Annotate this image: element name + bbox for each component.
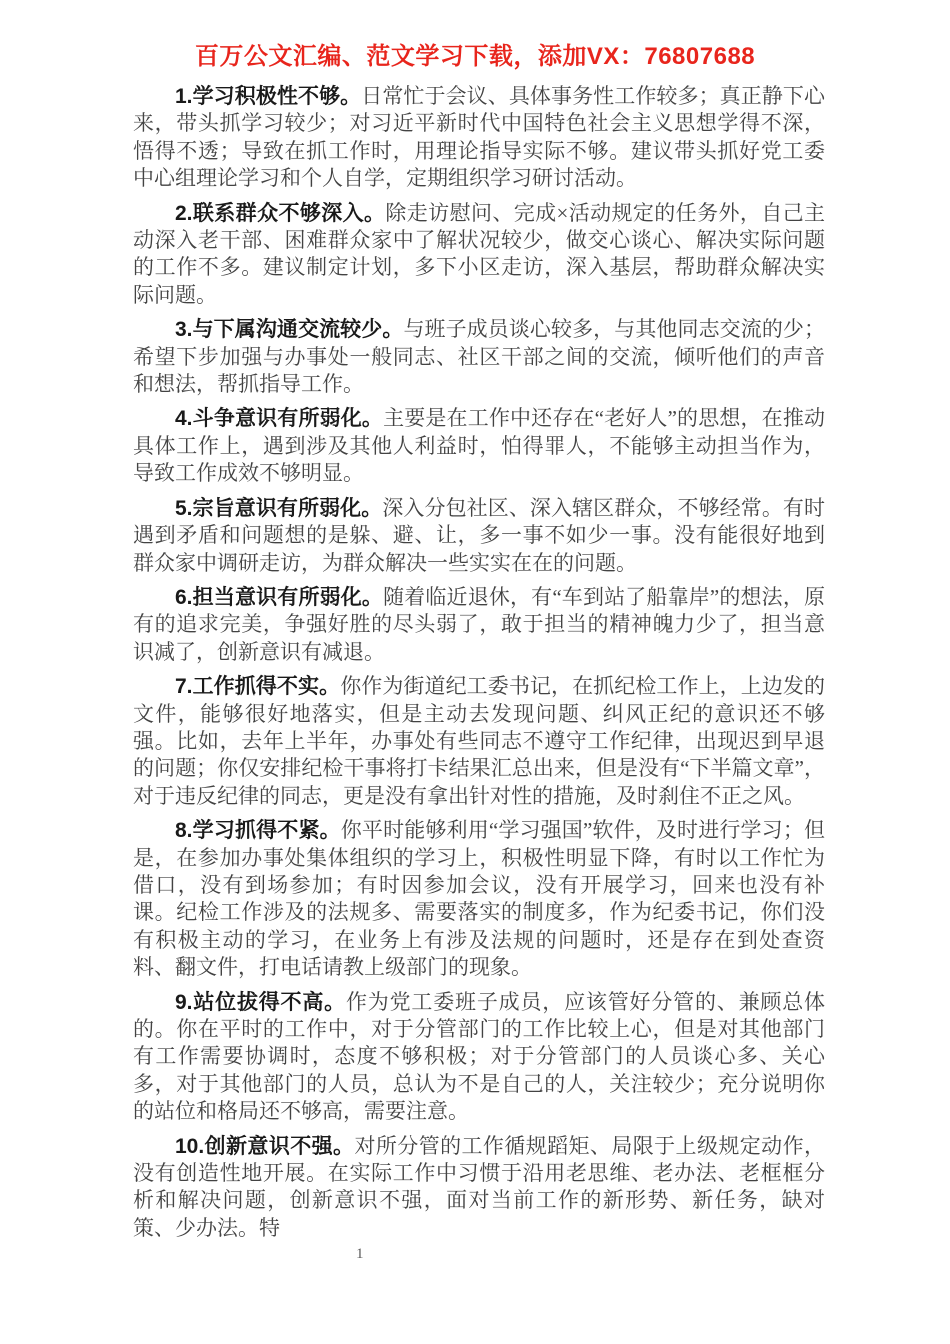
document-page: 百万公文汇编、范文学习下载，添加VX：76807688 1.学习积极性不够。日常… <box>0 0 950 1344</box>
paragraph-lead: 2.联系群众不够深入。 <box>175 202 385 225</box>
paragraph: 6.担当意识有所弱化。随着临近退休，有“车到站了船靠岸”的想法，原有的追求完美，… <box>133 584 825 666</box>
paragraph: 1.学习积极性不够。日常忙于会议、具体事务性工作较多；真正静下心来，带头抓学习较… <box>133 83 825 193</box>
paragraph-lead: 4.斗争意识有所弱化。 <box>175 407 383 430</box>
paragraph-body: 你平时能够利用“学习强国”软件，及时进行学习；但是，在参加办事处集体组织的学习上… <box>133 818 825 979</box>
paragraph-lead: 5.宗旨意识有所弱化。 <box>175 497 382 520</box>
paragraph-lead: 1.学习积极性不够。 <box>175 85 361 108</box>
paragraph-lead: 6.担当意识有所弱化。 <box>175 586 383 609</box>
download-banner: 百万公文汇编、范文学习下载，添加VX：76807688 <box>0 44 950 70</box>
paragraph-lead: 9.站位拔得不高。 <box>175 991 346 1014</box>
paragraph: 7.工作抓得不实。你作为街道纪工委书记，在抓纪检工作上，上边发的文件，能够很好地… <box>133 673 825 810</box>
paragraph-lead: 3.与下属沟通交流较少。 <box>175 318 403 341</box>
paragraph: 4.斗争意识有所弱化。主要是在工作中还存在“老好人”的思想，在推动具体工作上，遇… <box>133 405 825 487</box>
document-body: 1.学习积极性不够。日常忙于会议、具体事务性工作较多；真正静下心来，带头抓学习较… <box>133 83 825 1249</box>
paragraph: 2.联系群众不够深入。除走访慰问、完成×活动规定的任务外，自己主动深入老干部、困… <box>133 200 825 310</box>
paragraph-lead: 8.学习抓得不紧。 <box>175 819 341 842</box>
page-number: 1 <box>356 1245 364 1263</box>
paragraph: 8.学习抓得不紧。你平时能够利用“学习强国”软件，及时进行学习；但是，在参加办事… <box>133 817 825 981</box>
paragraph: 3.与下属沟通交流较少。与班子成员谈心较多，与其他同志交流的少；希望下步加强与办… <box>133 316 825 398</box>
paragraph-lead: 7.工作抓得不实。 <box>175 675 340 698</box>
paragraph: 9.站位拔得不高。作为党工委班子成员，应该管好分管的、兼顾总体的。你在平时的工作… <box>133 989 825 1126</box>
paragraph: 5.宗旨意识有所弱化。深入分包社区、深入辖区群众，不够经常。有时遇到矛盾和问题想… <box>133 495 825 577</box>
paragraph: 10.创新意识不强。对所分管的工作循规蹈矩、局限于上级规定动作，没有创造性地开展… <box>133 1133 825 1243</box>
paragraph-lead: 10.创新意识不强。 <box>175 1135 354 1158</box>
